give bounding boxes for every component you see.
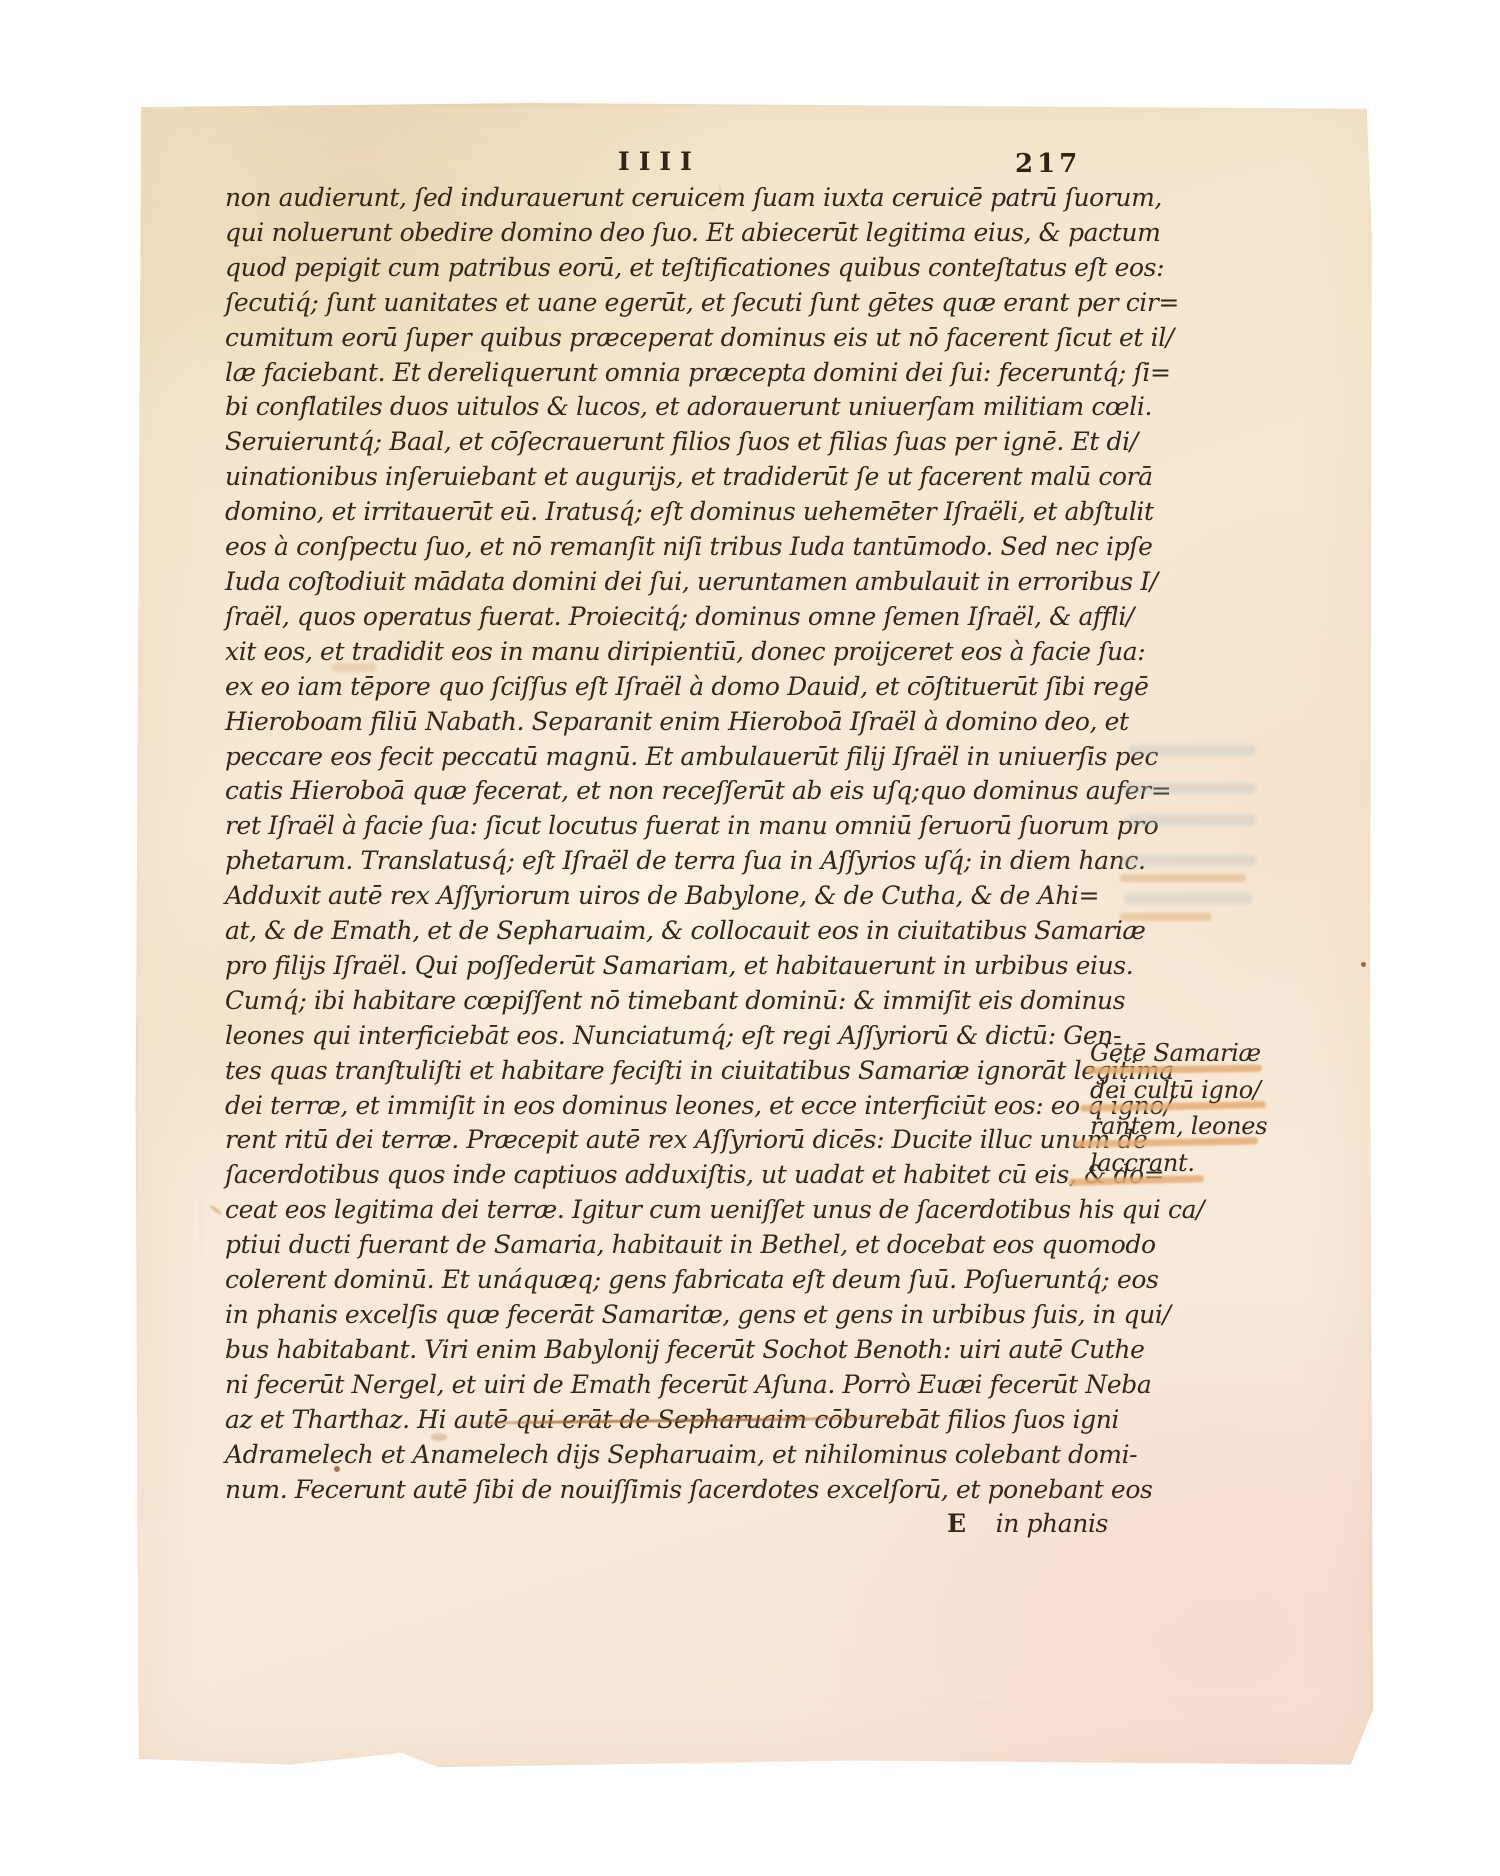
margin-note-line: dei cultū igno/ <box>1090 1072 1305 1109</box>
text-line: ex eo iam tēpore quo ſciſſus eſt Iſraël … <box>225 670 1150 705</box>
text-line: bus habitabant. Viri enim Babylonij fece… <box>225 1333 1150 1368</box>
show-through-mark <box>1126 814 1256 826</box>
show-through-mark <box>1120 855 1256 866</box>
signature-letter: E <box>947 1507 966 1542</box>
signature-catchword-line: Ein phanis <box>225 1507 1150 1542</box>
text-line: quod pepigit cum patribus eorū, et teſti… <box>225 251 1150 286</box>
text-line: phetarum. Translatusq́; eſt Iſraël de te… <box>225 844 1150 879</box>
text-line: ceat eos legitima dei terræ. Igitur cum … <box>225 1193 1150 1228</box>
text-line: uinationibus inſeruiebant et augurijs, e… <box>225 460 1150 495</box>
text-line: læ faciebant. Et dereliquerunt omnia præ… <box>225 356 1150 391</box>
text-line: Cumq́; ibi habitare cœpiſſent nō timeban… <box>225 984 1150 1019</box>
text-line: ſecutiq́; ſunt uanitates et uane egerūt,… <box>225 286 1150 321</box>
text-line: in phanis excelſis quæ fecerāt Samaritæ,… <box>225 1298 1150 1333</box>
text-line: catis Hieroboā quæ fecerat, et non receſ… <box>225 774 1150 809</box>
text-line: colerent dominū. Et unáquæq; gens fabric… <box>225 1263 1150 1298</box>
show-through-mark <box>1128 745 1256 756</box>
ink-speck <box>1361 962 1366 967</box>
text-line: ſacerdotibus quos inde captiuos adduxiſt… <box>225 1158 1150 1193</box>
margin-note-line: Gētē Samariæ <box>1090 1035 1305 1072</box>
text-line: num. Fecerunt autē ſibi de nouiſſimis ſa… <box>225 1473 1150 1508</box>
text-line: peccare eos fecit peccatū magnū. Et ambu… <box>225 740 1150 775</box>
margin-note-line: laccrant. <box>1090 1145 1305 1182</box>
show-through-mark <box>1124 893 1252 904</box>
stain-mark <box>209 1204 223 1215</box>
text-line: pro filijs Iſraël. Qui poſſederūt Samari… <box>225 949 1150 984</box>
folio-number: 217 <box>1015 149 1081 179</box>
text-line: bi conflatiles duos uitulos & lucos, et … <box>225 390 1150 425</box>
text-line: tes quas tranſtuliſti et habitare feciſt… <box>225 1054 1150 1089</box>
text-line: ſraël, quos operatus fuerat. Proiecitq́;… <box>225 600 1150 635</box>
margin-note-line: rantem, leones <box>1090 1108 1305 1145</box>
text-line: non audierunt, ſed indurauerunt ceruicem… <box>225 181 1150 216</box>
text-line: cumitum eorū ſuper quibus præceperat dom… <box>225 321 1150 356</box>
running-head-book-number: IIII <box>618 147 701 176</box>
stain-mark <box>431 1433 447 1441</box>
show-through-mark <box>1120 874 1246 882</box>
text-line: Adramelech et Anamelech dijs Sepharuaim,… <box>225 1438 1150 1473</box>
text-line: dei terræ, et immiſit in eos dominus leo… <box>225 1089 1150 1124</box>
text-line: Adduxit autē rex Aſſyriorum uiros de Bab… <box>225 879 1150 914</box>
show-through-mark <box>1122 783 1256 794</box>
margin-note: Gētē Samariæ dei cultū igno/ rantem, leo… <box>1090 1035 1305 1181</box>
stain-mark <box>331 663 377 672</box>
verso-show-through <box>1120 743 1270 1043</box>
text-line: rent ritū dei terræ. Præcepit autē rex A… <box>225 1123 1150 1158</box>
text-line: Iuda coſtodiuit mādata domini dei ſui, u… <box>225 565 1150 600</box>
text-line: ret Iſraël à facie ſua: ſicut locutus fu… <box>225 809 1150 844</box>
text-line: at, & de Emath, et de Sepharuaim, & coll… <box>225 914 1150 949</box>
photo-background: { "header": { "section_number": "IIII", … <box>0 0 1500 1876</box>
text-line: ni fecerūt Nergel, et uiri de Emath fece… <box>225 1368 1150 1403</box>
text-line: qui noluerunt obedire domino deo ſuo. Et… <box>225 216 1150 251</box>
text-line: Hieroboam filiū Nabath. Separanit enim H… <box>225 705 1150 740</box>
text-line: leones qui interficiebāt eos. Nunciatumq… <box>225 1019 1150 1054</box>
text-line: Seruieruntq́; Baal, et cōſecrauerunt fil… <box>225 425 1150 460</box>
text-line: eos à conſpectu ſuo, et nō remanſit niſi… <box>225 530 1150 565</box>
show-through-mark <box>1120 913 1212 921</box>
catchword: in phanis <box>996 1509 1108 1538</box>
main-text-block: non audierunt, ſed indurauerunt ceruicem… <box>225 181 1150 1542</box>
text-line: domino, et irritauerūt eū. Iratusq́; eſt… <box>225 495 1150 530</box>
text-line: ptiui ducti fuerant de Samaria, habitaui… <box>225 1228 1150 1263</box>
ink-speck <box>334 1466 340 1472</box>
book-page: IIII 217 non audierunt, ſed indurauerunt… <box>135 103 1373 1768</box>
